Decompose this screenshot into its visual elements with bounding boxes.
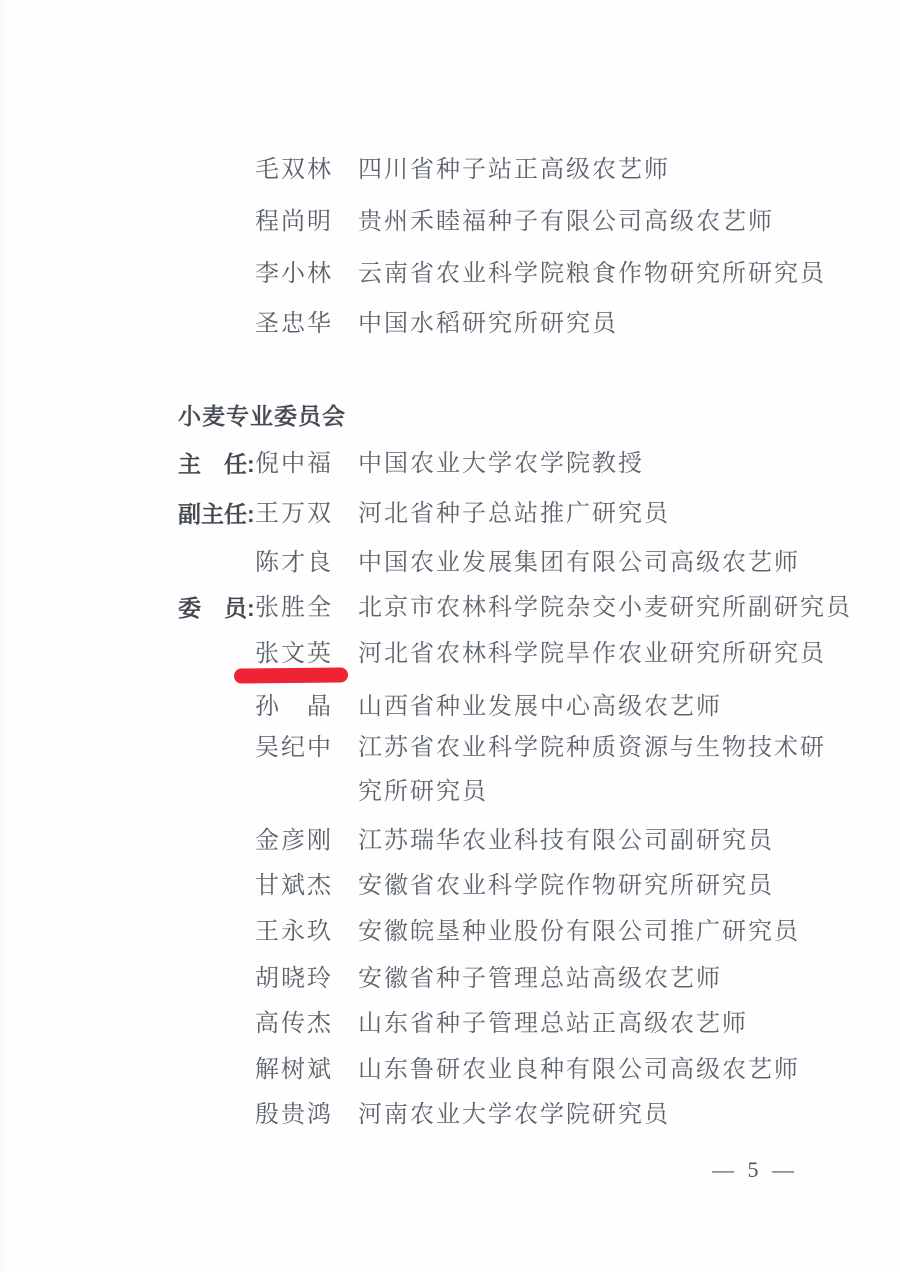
member-name: 李小林 [255,260,358,288]
member-row: 胡晓玲 安徽省种子管理总站高级农艺师 [178,965,838,993]
member-affiliation: 云南省农业科学院粮食作物研究所研究员 [358,260,838,288]
member-affiliation: 中国农业发展集团有限公司高级农艺师 [358,549,838,577]
member-name: 陈才良 [255,549,358,577]
member-affiliation: 贵州禾睦福种子有限公司高级农艺师 [358,208,838,236]
member-name: 王万双 [255,500,358,528]
member-name: 殷贵鸿 [255,1101,358,1129]
member-affiliation: 安徽省农业科学院作物研究所研究员 [358,872,838,900]
member-row: 程尚明 贵州禾睦福种子有限公司高级农艺师 [178,208,838,236]
section-heading: 小麦专业委员会 [178,398,346,431]
member-row: 主 任: 倪中福 中国农业大学农学院教授 [178,450,838,478]
member-name: 高传杰 [255,1010,358,1038]
member-name: 倪中福 [255,450,358,478]
member-affiliation: 山东省种子管理总站正高级农艺师 [358,1010,838,1038]
member-row: 殷贵鸿 河南农业大学农学院研究员 [178,1101,838,1129]
member-affiliation: 河北省农林科学院旱作农业研究所研究员 [358,640,838,668]
member-name: 程尚明 [255,208,358,236]
role-label: 主 任: [178,450,255,478]
member-name: 金彦刚 [255,827,358,855]
member-affiliation: 江苏省农业科学院种质资源与生物技术研 [358,734,838,762]
member-name: 孙 晶 [255,693,358,721]
member-name: 王永玖 [255,918,358,946]
member-row: 李小林 云南省农业科学院粮食作物研究所研究员 [178,260,838,288]
role-label: 副主任: [178,500,255,528]
member-name: 解树斌 [255,1056,358,1084]
member-name: 胡晓玲 [255,965,358,993]
member-row: 高传杰 山东省种子管理总站正高级农艺师 [178,1010,838,1038]
member-name: 毛双林 [255,156,358,184]
member-name: 张胜全 [255,594,358,622]
member-name: 甘斌杰 [255,872,358,900]
member-affiliation: 北京市农林科学院杂交小麦研究所副研究员 [358,594,852,622]
member-affiliation: 中国农业大学农学院教授 [358,450,838,478]
member-row: 圣忠华 中国水稻研究所研究员 [178,310,838,338]
member-affiliation: 安徽省种子管理总站高级农艺师 [358,965,838,993]
member-name: 张文英 [255,640,358,668]
member-affiliation: 中国水稻研究所研究员 [358,310,838,338]
member-row: 解树斌 山东鲁研农业良种有限公司高级农艺师 [178,1056,838,1084]
member-row: 甘斌杰 安徽省农业科学院作物研究所研究员 [178,872,838,900]
document-page: 毛双林 四川省种子站正高级农艺师 程尚明 贵州禾睦福种子有限公司高级农艺师 李小… [0,0,900,1272]
member-row: 副主任: 王万双 河北省种子总站推广研究员 [178,500,838,528]
role-label: 委 员: [178,594,255,622]
member-affiliation: 河南农业大学农学院研究员 [358,1101,838,1129]
member-row-highlighted: 张文英 河北省农林科学院旱作农业研究所研究员 [178,640,838,668]
member-affiliation: 四川省种子站正高级农艺师 [358,156,838,184]
member-row: 委 员: 张胜全 北京市农林科学院杂交小麦研究所副研究员 [178,594,838,622]
member-name: 吴纪中 [255,734,358,762]
page-number: — 5 — [712,1157,795,1183]
member-affiliation: 究所研究员 [358,778,838,806]
member-row: 王永玖 安徽皖垦种业股份有限公司推广研究员 [178,918,838,946]
member-row: 孙 晶 山西省种业发展中心高级农艺师 [178,693,838,721]
member-row: 毛双林 四川省种子站正高级农艺师 [178,156,838,184]
member-row: 吴纪中 江苏省农业科学院种质资源与生物技术研 [178,734,838,762]
member-name: 圣忠华 [255,310,358,338]
member-affiliation: 安徽皖垦种业股份有限公司推广研究员 [358,918,838,946]
member-row: 陈才良 中国农业发展集团有限公司高级农艺师 [178,549,838,577]
member-affiliation: 江苏瑞华农业科技有限公司副研究员 [358,827,838,855]
red-marker-annotation [234,667,348,683]
member-affiliation: 河北省种子总站推广研究员 [358,500,838,528]
member-affiliation: 山东鲁研农业良种有限公司高级农艺师 [358,1056,838,1084]
member-affiliation: 山西省种业发展中心高级农艺师 [358,693,838,721]
member-row-continuation: 究所研究员 [178,778,838,806]
member-row: 金彦刚 江苏瑞华农业科技有限公司副研究员 [178,827,838,855]
